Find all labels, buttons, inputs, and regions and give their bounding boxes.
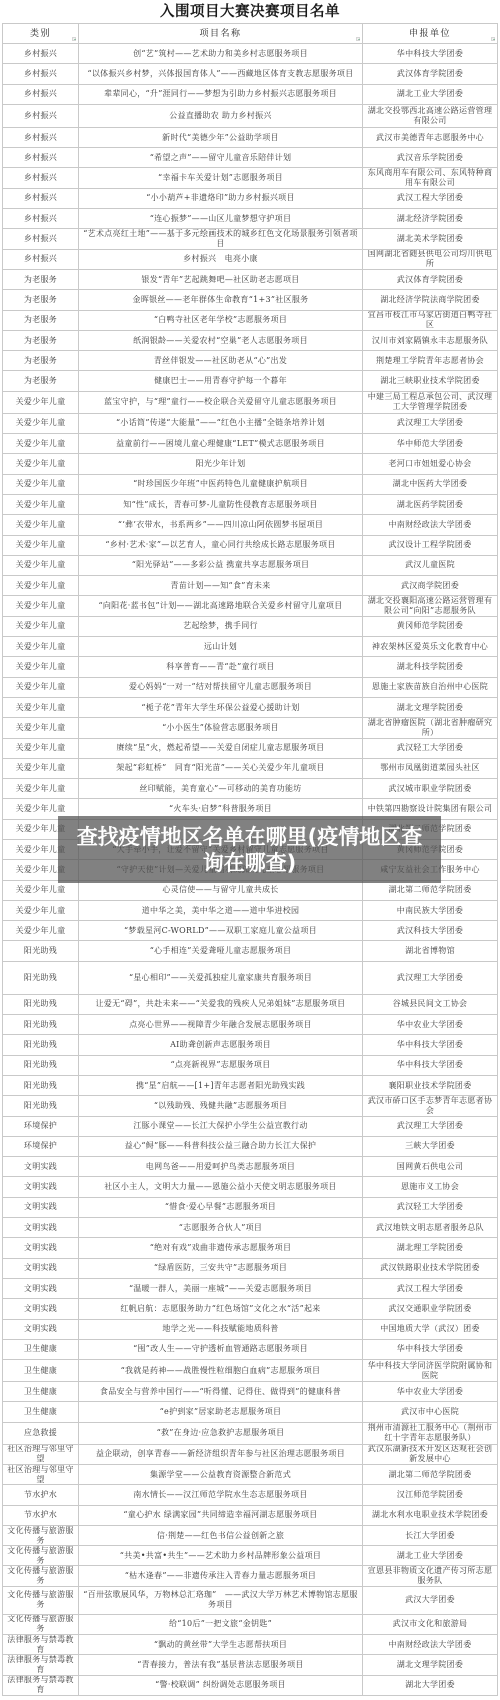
applicant-unit-cell: 湖北美术学院团委 <box>363 229 498 249</box>
table-row: 法律服务与禁毒教育 “青春接力，普法有我”基层普法志愿服务项目 湖北文理学院团委 <box>3 1655 498 1675</box>
applicant-unit-cell: 恩施土家族苗族自治州中心医院 <box>363 678 498 698</box>
applicant-unit-cell: 恩施市义工协会 <box>363 1177 498 1197</box>
applicant-unit-cell: 华中农业大学团委 <box>363 1382 498 1402</box>
table-row: 关爱少年儿童 “梦载星河C-WORLD”——双职工家庭儿童公益项目 武汉科技大学… <box>3 921 498 941</box>
project-name-cell: “星心相印”——关爱孤独症儿童家康共育服务项目 <box>79 962 363 995</box>
category-cell: 文明实践 <box>3 1238 79 1258</box>
project-name-cell: 信·荆楚——红色书信公益创新之旅 <box>79 1526 363 1546</box>
project-name-cell: “青春接力，普法有我”基层普法志愿服务项目 <box>79 1655 363 1675</box>
applicant-unit-cell: 武汉音乐学院团委 <box>363 148 498 168</box>
applicant-unit-cell: 武汉市美德青年志愿服务中心 <box>363 128 498 148</box>
project-name-cell: “小小葫芦+非遗烙印”助力乡村振兴项目 <box>79 189 363 209</box>
project-name-cell: 架起“彩虹桥” 同育“阳光苗”——关心关爱少年儿童项目 <box>79 759 363 779</box>
category-cell: 文明实践 <box>3 1218 79 1238</box>
table-row: 文明实践 红帆启航：志愿服务助力“红色场馆”文化之水“活”起来 武汉交通职业学院… <box>3 1299 498 1319</box>
project-name-cell: “以残助残、残健共融”志愿服务项目 <box>79 1096 363 1116</box>
category-cell: 文明实践 <box>3 1198 79 1218</box>
category-cell: 乡村振兴 <box>3 64 79 84</box>
table-row: 文化传播与旅游服务 信·荆楚——红色书信公益创新之旅 长江大学团委 <box>3 1526 498 1546</box>
table-row: 卫生健康 “囤”改人生——守护透析血管通路志愿服务项目 华中科技大学团委 <box>3 1340 498 1360</box>
category-cell: 法律服务与禁毒教育 <box>3 1676 79 1696</box>
applicant-unit-cell: 荆州市清源社工服务中心（荆州市红十字青年志愿服务队） <box>363 1423 498 1445</box>
category-cell: 文明实践 <box>3 1177 79 1197</box>
category-cell: 文明实践 <box>3 1320 79 1340</box>
category-cell: 关爱少年儿童 <box>3 678 79 698</box>
applicant-unit-cell: 湖北经济学院法商学院团委 <box>363 290 498 310</box>
applicant-unit-cell: 湖北文理学院团委 <box>363 1655 498 1675</box>
table-row: 为老服务 纸润银龄——关爱农村“空巢”老人志愿服务项目 汉川市刘家隔镇永丰志愿服… <box>3 331 498 351</box>
project-name-cell: “希望之声”——留守儿童音乐陪伴计划 <box>79 148 363 168</box>
category-cell: 阳光助残 <box>3 995 79 1015</box>
table-row: 阳光助残 “以残助残、残健共融”志愿服务项目 武汉市硚口区手志梦青年志愿者协会 <box>3 1096 498 1116</box>
project-name-cell: 青丝伴银发——社区助老从“心”出发 <box>79 351 363 371</box>
category-cell: 关爱少年儿童 <box>3 495 79 515</box>
category-cell: 阳光助残 <box>3 962 79 995</box>
project-name-cell: 公益直播助农 助力乡村振兴 <box>79 105 363 128</box>
project-name-cell: 新时代“美德少年”公益助学项目 <box>79 128 363 148</box>
project-name-cell: 益心“鲟”豚——科普科技公益三融合助力长江大保护 <box>79 1137 363 1157</box>
applicant-unit-cell: 湖北省肿瘤医院（湖北省肿瘤研究所） <box>363 718 498 738</box>
project-name-cell: “阳光驿站”——多彩公益 携童共享志愿服务项目 <box>79 556 363 576</box>
applicant-unit-cell: 武汉工程大学团委 <box>363 189 498 209</box>
category-cell: 关爱少年儿童 <box>3 779 79 799</box>
category-cell: 卫生健康 <box>3 1402 79 1422</box>
project-name-cell: “枯木逢春”——非遗传承注入青春力量志愿服务项目 <box>79 1566 363 1586</box>
table-row: 节水护水 “童心护水 绿满家园”共同缔造幸福河湖志愿服务项目 湖北水利水电职业技… <box>3 1506 498 1526</box>
category-cell: 关爱少年儿童 <box>3 921 79 941</box>
column-header-label: 类别 <box>30 29 51 39</box>
applicant-unit-cell: 武汉理工大学团委 <box>363 962 498 995</box>
applicant-unit-cell: 湖北水利水电职业技术学院团委 <box>363 1506 498 1526</box>
overlay-title-line-1: 查找疫情地区名单在哪里(疫情地区查 <box>58 824 441 850</box>
applicant-unit-cell: 中南财经政法大学团委 <box>363 515 498 535</box>
project-name-cell: 创“艺”筑村——艺术助力和美乡村志愿服务项目 <box>79 44 363 64</box>
category-cell: 乡村振兴 <box>3 209 79 229</box>
project-name-cell: 健康巴士——用青春守护每一个暮年 <box>79 371 363 391</box>
category-cell: 关爱少年儿童 <box>3 739 79 759</box>
applicant-unit-cell: 汉川市刘家隔镇永丰志愿服务队 <box>363 331 498 351</box>
overlay-title-line-2: 询在哪查) <box>58 850 441 876</box>
table-row: 乡村振兴 乡村振兴 电亮小康 国网湖北省随县供电公司均川供电所 <box>3 250 498 270</box>
page-title: 入围项目大赛决赛项目名单 <box>0 2 500 23</box>
applicant-unit-cell: 华中科技大学团委 <box>363 1340 498 1360</box>
applicant-unit-cell: 谷城县民间文工协会 <box>363 995 498 1015</box>
project-name-cell: “飘动的黄丝带”大学生志愿帮扶项目 <box>79 1635 363 1655</box>
project-name-cell: 携“星”启航——[1+]青年志愿者阳光助残实践 <box>79 1076 363 1096</box>
table-row: 乡村振兴 辈辈同心，“升”涯同行——梦想为引助力乡村振兴志愿服务项目 湖北工业大… <box>3 85 498 105</box>
category-cell: 社区治理与邻里守望 <box>3 1465 79 1485</box>
table-row: 为老服务 银发“青年”艺起跳舞吧—社区助老志愿项目 武汉体育学院团委 <box>3 270 498 290</box>
category-cell: 关爱少年儿童 <box>3 576 79 596</box>
applicant-unit-cell: 武汉商学院团委 <box>363 576 498 596</box>
table-row: 卫生健康 “e护到家”居家助老志愿服务项目 武汉市中心医院 <box>3 1402 498 1422</box>
project-name-cell: “救”在身边·应急救护志愿服务项目 <box>79 1423 363 1445</box>
table-row: 法律服务与禁毒教育 “飘动的黄丝带”大学生志愿帮扶项目 中南财经政法大学团委 <box>3 1635 498 1655</box>
project-name-cell: 益童前行——困境儿童心理健康“LET”模式志愿服务项目 <box>79 434 363 454</box>
category-cell: 为老服务 <box>3 290 79 310</box>
table-row: 乡村振兴 “小小葫芦+非遗烙印”助力乡村振兴项目 武汉工程大学团委 <box>3 189 498 209</box>
category-cell: 社区治理与邻里守望 <box>3 1445 79 1465</box>
project-name-cell: 点亮心世界——视障青少年融合发展志愿服务项目 <box>79 1015 363 1035</box>
project-name-cell: “警·校联调” 纠纷调处志愿服务项目 <box>79 1676 363 1696</box>
category-cell: 乡村振兴 <box>3 250 79 270</box>
applicant-unit-cell: 武汉儿童医院 <box>363 556 498 576</box>
table-row: 文明实践 “温暖一群人，美丽一座城”——关爱志愿服务项目 武汉工程大学团委 <box>3 1279 498 1299</box>
column-header-category: 类别 <box>3 24 79 44</box>
category-cell: 乡村振兴 <box>3 189 79 209</box>
table-row: 阳光助残 “星心相印”——关爱孤独症儿童家康共育服务项目 武汉理工大学团委 <box>3 962 498 995</box>
category-cell: 文明实践 <box>3 1259 79 1279</box>
table-row: 关爱少年儿童 心灵信使——与留守儿童共成长 湖北第二师范学院团委 <box>3 881 498 901</box>
table-row: 文明实践 社区小主人，文明大力量——恩施公益小天使文明志愿服务项目 恩施市义工协… <box>3 1177 498 1197</box>
category-cell: 阳光助残 <box>3 1096 79 1116</box>
table-row: 文明实践 “惜食·爱心早餐”志愿服务项目 武汉轻工大学团委 <box>3 1198 498 1218</box>
project-name-cell: 食品安全与营养中国行——“听得懂、记得住、做得到”的健康科普 <box>79 1382 363 1402</box>
applicant-unit-cell: 武汉理工大学团委 <box>363 1117 498 1137</box>
category-cell: 文化传播与旅游服务 <box>3 1615 79 1635</box>
table-row: 社区治理与邻里守望 集源学堂——公益教育资源整合新范式 湖北第二师范学院团委 <box>3 1465 498 1485</box>
filter-dropdown-icon <box>491 37 495 41</box>
category-cell: 环境保护 <box>3 1137 79 1157</box>
project-name-cell: “点亮新视界”志愿服务项目 <box>79 1056 363 1076</box>
applicant-unit-cell: 中国地质大学（武汉）团委 <box>363 1320 498 1340</box>
category-cell: 文化传播与旅游服务 <box>3 1526 79 1546</box>
project-name-cell: 红帆启航：志愿服务助力“红色场馆”文化之水“活”起来 <box>79 1299 363 1319</box>
applicant-unit-cell: 湖北工业大学团委 <box>363 85 498 105</box>
applicant-unit-cell: 武汉轻工大学团委 <box>363 739 498 759</box>
applicant-unit-cell: 宜昌市枝江市马家店街道白鸭寺社区 <box>363 311 498 331</box>
project-name-cell: 让爱无“碍”，共赴未来——“关爱我的残疾人兄弟姐妹”志愿服务项目 <box>79 995 363 1015</box>
project-name-cell: 丝印赋能，美育童心”—可移动的美育功能坊 <box>79 779 363 799</box>
applicant-unit-cell: 湖北三峡职业技术学院团委 <box>363 371 498 391</box>
category-cell: 法律服务与禁毒教育 <box>3 1635 79 1655</box>
table-row: 关爱少年儿童 “时珍国医少年班”中医药特色儿童健康护航项目 湖北中医药大学团委 <box>3 475 498 495</box>
table-row: 环境保护 益心“鲟”豚——科普科技公益三融合助力长江大保护 三峡大学团委 <box>3 1137 498 1157</box>
table-row: 关爱少年儿童 艺起绘梦，携手同行 黄冈师范学院团委 <box>3 617 498 637</box>
table-row: 关爱少年儿童 阳光少年计划 老河口市妞妞爱心协会 <box>3 454 498 474</box>
applicant-unit-cell: 鄂州市凤凰街道菜园头社区 <box>363 759 498 779</box>
table-row: 关爱少年儿童 蓝宝守护，与“理”童行——校企联合关爱留守儿童志愿服务项目 中建三… <box>3 392 498 414</box>
project-name-cell: “梦载星河C-WORLD”——双职工家庭儿童公益项目 <box>79 921 363 941</box>
article-title-overlay[interactable]: 查找疫情地区名单在哪里(疫情地区查 询在哪查) <box>58 816 441 883</box>
table-row: 关爱少年儿童 青苗计划——知“食”育未来 武汉商学院团委 <box>3 576 498 596</box>
project-name-cell: “童心护水 绿满家园”共同缔造幸福河湖志愿服务项目 <box>79 1506 363 1526</box>
project-name-cell: “我就是药神——战胜慢性粒细胞白血病”志愿服务项目 <box>79 1360 363 1382</box>
project-name-cell: 赓续“星”火，燃起希望——关爱自闭症儿童志愿服务项目 <box>79 739 363 759</box>
project-name-cell: 银发“青年”艺起跳舞吧—社区助老志愿项目 <box>79 270 363 290</box>
category-cell: 文明实践 <box>3 1279 79 1299</box>
applicant-unit-cell: 中南财经政法大学团委 <box>363 1635 498 1655</box>
project-name-cell: 给“10后”一把文旅“金钥匙” <box>79 1615 363 1635</box>
project-name-cell: 辈辈同心，“升”涯同行——梦想为引助力乡村振兴志愿服务项目 <box>79 85 363 105</box>
project-name-cell: 益企联动，创享青春——新经济组织青年参与社区治理志愿服务项目 <box>79 1445 363 1465</box>
project-name-cell: “绝对有戏”戏曲非遗传承志愿服务项目 <box>79 1238 363 1258</box>
category-cell: 关爱少年儿童 <box>3 881 79 901</box>
applicant-unit-cell: 湖北科技学院团委 <box>363 657 498 677</box>
table-row: 阳光助残 携“星”启航——[1+]青年志愿者阳光助残实践 襄阳职业技术学院团委 <box>3 1076 498 1096</box>
applicant-unit-cell: 武汉市文化和旅游局 <box>363 1615 498 1635</box>
project-name-cell: “小小医生”体验营志愿服务项目 <box>79 718 363 738</box>
applicant-unit-cell: 武汉交通职业学院团委 <box>363 1299 498 1319</box>
applicant-unit-cell: 华中科技大学团委 <box>363 1035 498 1055</box>
applicant-unit-cell: 湖北工业大学团委 <box>363 1546 498 1566</box>
category-cell: 关爱少年儿童 <box>3 454 79 474</box>
project-name-cell: “小话筒”传递“大能量”——“红色小主播”全链条培养计划 <box>79 414 363 434</box>
applicant-unit-cell: 武汉铁路职业技术学院团委 <box>363 1259 498 1279</box>
table-row: 关爱少年儿童 科享普育——青“赴”童行项目 湖北科技学院团委 <box>3 657 498 677</box>
category-cell: 阳光助残 <box>3 1035 79 1055</box>
applicant-unit-cell: 宣恩县非物质文化遗产传习所志愿服务队 <box>363 1566 498 1586</box>
column-header-label: 项目名称 <box>199 29 241 39</box>
project-name-cell: 青苗计划——知“食”育未来 <box>79 576 363 596</box>
project-name-cell: “百卅弦歌展风华，万物林总汇珞珈” ——武汉大学万林艺术博物馆志愿服务项目 <box>79 1587 363 1615</box>
table-row: 文明实践 地学之光——科技赋能地质科普 中国地质大学（武汉）团委 <box>3 1320 498 1340</box>
project-name-cell: 地学之光——科技赋能地质科普 <box>79 1320 363 1340</box>
category-cell: 文明实践 <box>3 1299 79 1319</box>
table-row: 社区治理与邻里守望 益企联动，创享青春——新经济组织青年参与社区治理志愿服务项目… <box>3 1445 498 1465</box>
applicant-unit-cell: 神农架林区爱英乐文化教育中心 <box>363 637 498 657</box>
project-name-cell: AI助聋创新声志愿服务项目 <box>79 1035 363 1055</box>
table-row: 关爱少年儿童 益童前行——困境儿童心理健康“LET”模式志愿服务项目 华中师范大… <box>3 434 498 454</box>
project-name-cell: 江豚小课堂——长江大保护小学生公益宣教行动 <box>79 1117 363 1137</box>
category-cell: 关爱少年儿童 <box>3 657 79 677</box>
applicant-unit-cell: 东风商用车有限公司、东风特种商用车有限公司 <box>363 168 498 188</box>
applicant-unit-cell: 武汉东湖新技术开发区达观社会创新发展中心 <box>363 1445 498 1465</box>
category-cell: 关爱少年儿童 <box>3 637 79 657</box>
category-cell: 乡村振兴 <box>3 128 79 148</box>
project-name-cell: “栀子花”青年大学生环保公益爱心援助计划 <box>79 698 363 718</box>
applicant-unit-cell: 汉江师范学院团委 <box>363 1485 498 1505</box>
project-name-cell: “时珍国医少年班”中医药特色儿童健康护航项目 <box>79 475 363 495</box>
project-name-cell: 艺起绘梦，携手同行 <box>79 617 363 637</box>
table-row: 关爱少年儿童 架起“彩虹桥” 同育“阳光苗”——关心关爱少年儿童项目 鄂州市凤凰… <box>3 759 498 779</box>
category-cell: 关爱少年儿童 <box>3 617 79 637</box>
table-row: 乡村振兴 “幸福卡车关爱计划”志愿服务项目 东风商用车有限公司、东风特种商用车有… <box>3 168 498 188</box>
table-header-row: 类别 项目名称 申报单位 <box>3 24 498 44</box>
category-cell: 节水护水 <box>3 1485 79 1505</box>
project-name-cell: “以体振兴乡村梦，兴体报国育体人”——西藏地区体育支教志愿服务项目 <box>79 64 363 84</box>
applicant-unit-cell: 国网黄石供电公司 <box>363 1157 498 1177</box>
applicant-unit-cell: 武汉市硚口区手志梦青年志愿者协会 <box>363 1096 498 1116</box>
table-row: 关爱少年儿童 远山计划 神农架林区爱英乐文化教育中心 <box>3 637 498 657</box>
project-name-cell: “乡村·艺术·家”—以艺育人，童心同行共绘成长路志愿服务项目 <box>79 536 363 556</box>
applicant-unit-cell: 湖北理工学院团委 <box>363 1238 498 1258</box>
project-name-cell: 社区小主人，文明大力量——恩施公益小天使文明志愿服务项目 <box>79 1177 363 1197</box>
filter-dropdown-icon <box>356 37 360 41</box>
table-row: 阳光助残 点亮心世界——视障青少年融合发展志愿服务项目 华中农业大学团委 <box>3 1015 498 1035</box>
category-cell: 关爱少年儿童 <box>3 475 79 495</box>
table-row: 阳光助残 让爱无“碍”，共赴未来——“关爱我的残疾人兄弟姐妹”志愿服务项目 谷城… <box>3 995 498 1015</box>
category-cell: 关爱少年儿童 <box>3 759 79 779</box>
table-row: 乡村振兴 “希望之声”——留守儿童音乐陪伴计划 武汉音乐学院团委 <box>3 148 498 168</box>
category-cell: 卫生健康 <box>3 1360 79 1382</box>
project-name-cell: “幸福卡车关爱计划”志愿服务项目 <box>79 168 363 188</box>
project-name-cell: “温暖一群人，美丽一座城”——关爱志愿服务项目 <box>79 1279 363 1299</box>
table-row: 关爱少年儿童 爱心妈妈“一对一”结对帮扶留守儿童志愿服务项目 恩施土家族苗族自治… <box>3 678 498 698</box>
table-row: 应急救援 “救”在身边·应急救护志愿服务项目 荆州市清源社工服务中心（荆州市红十… <box>3 1423 498 1445</box>
category-cell: 为老服务 <box>3 331 79 351</box>
table-row: 关爱少年儿童 丝印赋能，美育童心”—可移动的美育功能坊 武汉城市职业学院团委 <box>3 779 498 799</box>
category-cell: 乡村振兴 <box>3 168 79 188</box>
table-row: 为老服务 健康巴士——用青春守护每一个暮年 湖北三峡职业技术学院团委 <box>3 371 498 391</box>
category-cell: 阳光助残 <box>3 1056 79 1076</box>
applicant-unit-cell: 华中科技大学同济医学院附属协和医院 <box>363 1360 498 1382</box>
column-header-applicant-unit: 申报单位 <box>363 24 498 44</box>
table-row: 阳光助残 AI助聋创新声志愿服务项目 华中科技大学团委 <box>3 1035 498 1055</box>
applicant-unit-cell: 湖北大学团委 <box>363 1676 498 1696</box>
project-name-cell: “绿盾医防，三安共守”志愿服务项目 <box>79 1259 363 1279</box>
category-cell: 乡村振兴 <box>3 85 79 105</box>
category-cell: 关爱少年儿童 <box>3 536 79 556</box>
category-cell: 法律服务与禁毒教育 <box>3 1655 79 1675</box>
category-cell: 阳光助残 <box>3 1076 79 1096</box>
table-row: 乡村振兴 “艺术点亮红土地”——基于多元绘画技术的城乡红色文化场景服务引领者项目… <box>3 229 498 249</box>
category-cell: 节水护水 <box>3 1506 79 1526</box>
category-cell: 关爱少年儿童 <box>3 901 79 921</box>
applicant-unit-cell: 华中师范大学团委 <box>363 434 498 454</box>
applicant-unit-cell: 老河口市妞妞爱心协会 <box>363 454 498 474</box>
applicant-unit-cell: 武汉地铁文明志愿者服务总队 <box>363 1218 498 1238</box>
applicant-unit-cell: 三峡大学团委 <box>363 1137 498 1157</box>
table-row: 乡村振兴 公益直播助农 助力乡村振兴 湖北交投鄂西北高速公路运营管理有限公司 <box>3 105 498 128</box>
applicant-unit-cell: 国网湖北省随县供电公司均川供电所 <box>363 250 498 270</box>
table-row: 文明实践 “绝对有戏”戏曲非遗传承志愿服务项目 湖北理工学院团委 <box>3 1238 498 1258</box>
table-row: 阳光助残 “心手相连”关爱聋哑儿童志愿服务项目 湖北省博物馆 <box>3 941 498 961</box>
applicant-unit-cell: 湖北第二师范学院团委 <box>363 881 498 901</box>
project-name-cell: 知“性”成长，青春可梦-儿童防性侵教育志愿服务项目 <box>79 495 363 515</box>
project-name-cell: 科享普育——青“赴”童行项目 <box>79 657 363 677</box>
table-row: 文明实践 “志愿服务合伙人”项目 武汉地铁文明志愿者服务总队 <box>3 1218 498 1238</box>
category-cell: 关爱少年儿童 <box>3 718 79 738</box>
table-row: 文化传播与旅游服务 给“10后”一把文旅“金钥匙” 武汉市文化和旅游局 <box>3 1615 498 1635</box>
table-row: 文化传播与旅游服务 “百卅弦歌展风华，万物林总汇珞珈” ——武汉大学万林艺术博物… <box>3 1587 498 1615</box>
category-cell: 关爱少年儿童 <box>3 414 79 434</box>
category-cell: 文明实践 <box>3 1157 79 1177</box>
category-cell: 文化传播与旅游服务 <box>3 1546 79 1566</box>
project-name-cell: “共美•共富•共生”——艺术助力乡村品牌形象公益项目 <box>79 1546 363 1566</box>
applicant-unit-cell: 荆楚理工学院青年志愿者协会 <box>363 351 498 371</box>
category-cell: 阳光助残 <box>3 1015 79 1035</box>
table-row: 关爱少年儿童 “乡村·艺术·家”—以艺育人，童心同行共绘成长路志愿服务项目 武汉… <box>3 536 498 556</box>
project-name-cell: 远山计划 <box>79 637 363 657</box>
project-name-cell: 南水情长——汉江师范学院水生态志愿服务项目 <box>79 1485 363 1505</box>
table-row: 关爱少年儿童 “小小医生”体验营志愿服务项目 湖北省肿瘤医院（湖北省肿瘤研究所） <box>3 718 498 738</box>
category-cell: 乡村振兴 <box>3 148 79 168</box>
applicant-unit-cell: 湖北交投襄阳高速公路运营管理有限公司“向阳”志愿服务队 <box>363 596 498 616</box>
applicant-unit-cell: 湖北第二师范学院团委 <box>363 1465 498 1485</box>
project-name-cell: 道中华之美，美中华之道——道中华进校园 <box>79 901 363 921</box>
project-name-cell: 心灵信使——与留守儿童共成长 <box>79 881 363 901</box>
project-name-cell: 纸润银龄——关爱农村“空巢”老人志愿服务项目 <box>79 331 363 351</box>
column-header-project-name: 项目名称 <box>79 24 363 44</box>
table-row: 关爱少年儿童 道中华之美，美中华之道——道中华进校园 中南民族大学团委 <box>3 901 498 921</box>
category-cell: 阳光助残 <box>3 941 79 961</box>
project-name-cell: 阳光少年计划 <box>79 454 363 474</box>
project-name-cell: “向阳花·蓝书包”计划——湖北高速路地联合关爱乡村留守儿童项目 <box>79 596 363 616</box>
category-cell: 为老服务 <box>3 371 79 391</box>
category-cell: 文化传播与旅游服务 <box>3 1587 79 1615</box>
applicant-unit-cell: 湖北省博物馆 <box>363 941 498 961</box>
category-cell: 关爱少年儿童 <box>3 596 79 616</box>
category-cell: 为老服务 <box>3 311 79 331</box>
filter-dropdown-icon <box>72 37 76 41</box>
applicant-unit-cell: 武汉轻工大学团委 <box>363 1198 498 1218</box>
category-cell: 卫生健康 <box>3 1340 79 1360</box>
project-name-cell: “心手相连”关爱聋哑儿童志愿服务项目 <box>79 941 363 961</box>
table-row: 乡村振兴 创“艺”筑村——艺术助力和美乡村志愿服务项目 华中科技大学团委 <box>3 44 498 64</box>
applicant-unit-cell: 湖北医药学院团委 <box>363 495 498 515</box>
table-row: 阳光助残 “点亮新视界”志愿服务项目 华中科技大学团委 <box>3 1056 498 1076</box>
project-name-cell: 乡村振兴 电亮小康 <box>79 250 363 270</box>
table-row: 关爱少年儿童 “小话筒”传递“大能量”——“红色小主播”全链条培养计划 武汉理工… <box>3 414 498 434</box>
table-row: 关爱少年儿童 “向阳花·蓝书包”计划——湖北高速路地联合关爱乡村留守儿童项目 湖… <box>3 596 498 616</box>
applicant-unit-cell: 武汉体育学院团委 <box>363 64 498 84</box>
category-cell: 关爱少年儿童 <box>3 434 79 454</box>
category-cell: 关爱少年儿童 <box>3 698 79 718</box>
table-row: 关爱少年儿童 “栀子花”青年大学生环保公益爱心援助计划 湖北文理学院团委 <box>3 698 498 718</box>
category-cell: 环境保护 <box>3 1117 79 1137</box>
project-name-cell: “‘彝’衣带水，书系两乡”——四川凉山阿依圆梦书屋项目 <box>79 515 363 535</box>
applicant-unit-cell: 长江大学团委 <box>363 1526 498 1546</box>
applicant-unit-cell: 华中科技大学团委 <box>363 1056 498 1076</box>
category-cell: 为老服务 <box>3 270 79 290</box>
project-name-cell: “志愿服务合伙人”项目 <box>79 1218 363 1238</box>
category-cell: 关爱少年儿童 <box>3 392 79 414</box>
applicant-unit-cell: 华中农业大学团委 <box>363 1015 498 1035</box>
applicant-unit-cell: 武汉城市职业学院团委 <box>363 779 498 799</box>
project-name-cell: “e护到家”居家助老志愿服务项目 <box>79 1402 363 1422</box>
category-cell: 应急救援 <box>3 1423 79 1445</box>
category-cell: 乡村振兴 <box>3 229 79 249</box>
applicant-unit-cell: 襄阳职业技术学院团委 <box>363 1076 498 1096</box>
project-name-cell: 金晖银丝——老年群体生命教育“1+3”社区服务 <box>79 290 363 310</box>
applicant-unit-cell: 武汉工程大学团委 <box>363 1279 498 1299</box>
table-row: 关爱少年儿童 “阳光驿站”——多彩公益 携童共享志愿服务项目 武汉儿童医院 <box>3 556 498 576</box>
category-cell: 关爱少年儿童 <box>3 515 79 535</box>
category-cell: 关爱少年儿童 <box>3 556 79 576</box>
category-cell: 为老服务 <box>3 351 79 371</box>
applicant-unit-cell: 黄冈师范学院团委 <box>363 617 498 637</box>
table-row: 乡村振兴 新时代“美德少年”公益助学项目 武汉市美德青年志愿服务中心 <box>3 128 498 148</box>
applicant-unit-cell: 武汉科技大学团委 <box>363 921 498 941</box>
applicant-unit-cell: 武汉体育学院团委 <box>363 270 498 290</box>
project-name-cell: “白鸭寺社区老年学校”志愿服务项目 <box>79 311 363 331</box>
table-row: 为老服务 “白鸭寺社区老年学校”志愿服务项目 宜昌市枝江市马家店街道白鸭寺社区 <box>3 311 498 331</box>
project-name-cell: “惜食·爱心早餐”志愿服务项目 <box>79 1198 363 1218</box>
applicant-unit-cell: 湖北经济学院团委 <box>363 209 498 229</box>
project-name-cell: “连心振梦”——山区儿童梦想守护项目 <box>79 209 363 229</box>
table-row: 为老服务 青丝伴银发——社区助老从“心”出发 荆楚理工学院青年志愿者协会 <box>3 351 498 371</box>
category-cell: 乡村振兴 <box>3 105 79 128</box>
applicant-unit-cell: 武汉市中心医院 <box>363 1402 498 1422</box>
project-name-cell: 电网鸟爸——用爱呵护鸟类志愿服务项目 <box>79 1157 363 1177</box>
table-row: 关爱少年儿童 “‘彝’衣带水，书系两乡”——四川凉山阿依圆梦书屋项目 中南财经政… <box>3 515 498 535</box>
table-row: 环境保护 江豚小课堂——长江大保护小学生公益宣教行动 武汉理工大学团委 <box>3 1117 498 1137</box>
project-name-cell: 蓝宝守护，与“理”童行——校企联合关爱留守儿童志愿服务项目 <box>79 392 363 414</box>
table-row: 文化传播与旅游服务 “共美•共富•共生”——艺术助力乡村品牌形象公益项目 湖北工… <box>3 1546 498 1566</box>
table-row: 关爱少年儿童 知“性”成长，青春可梦-儿童防性侵教育志愿服务项目 湖北医药学院团… <box>3 495 498 515</box>
table-row: 文明实践 “绿盾医防，三安共守”志愿服务项目 武汉铁路职业技术学院团委 <box>3 1259 498 1279</box>
project-name-cell: 集源学堂——公益教育资源整合新范式 <box>79 1465 363 1485</box>
category-cell: 乡村振兴 <box>3 44 79 64</box>
table-row: 卫生健康 “我就是药神——战胜慢性粒细胞白血病”志愿服务项目 华中科技大学同济医… <box>3 1360 498 1382</box>
project-name-cell: “囤”改人生——守护透析血管通路志愿服务项目 <box>79 1340 363 1360</box>
applicant-unit-cell: 武汉大学团委 <box>363 1587 498 1615</box>
table-row: 文明实践 电网鸟爸——用爱呵护鸟类志愿服务项目 国网黄石供电公司 <box>3 1157 498 1177</box>
category-cell: 卫生健康 <box>3 1382 79 1402</box>
applicant-unit-cell: 武汉设计工程学院团委 <box>363 536 498 556</box>
table-row: 乡村振兴 “连心振梦”——山区儿童梦想守护项目 湖北经济学院团委 <box>3 209 498 229</box>
